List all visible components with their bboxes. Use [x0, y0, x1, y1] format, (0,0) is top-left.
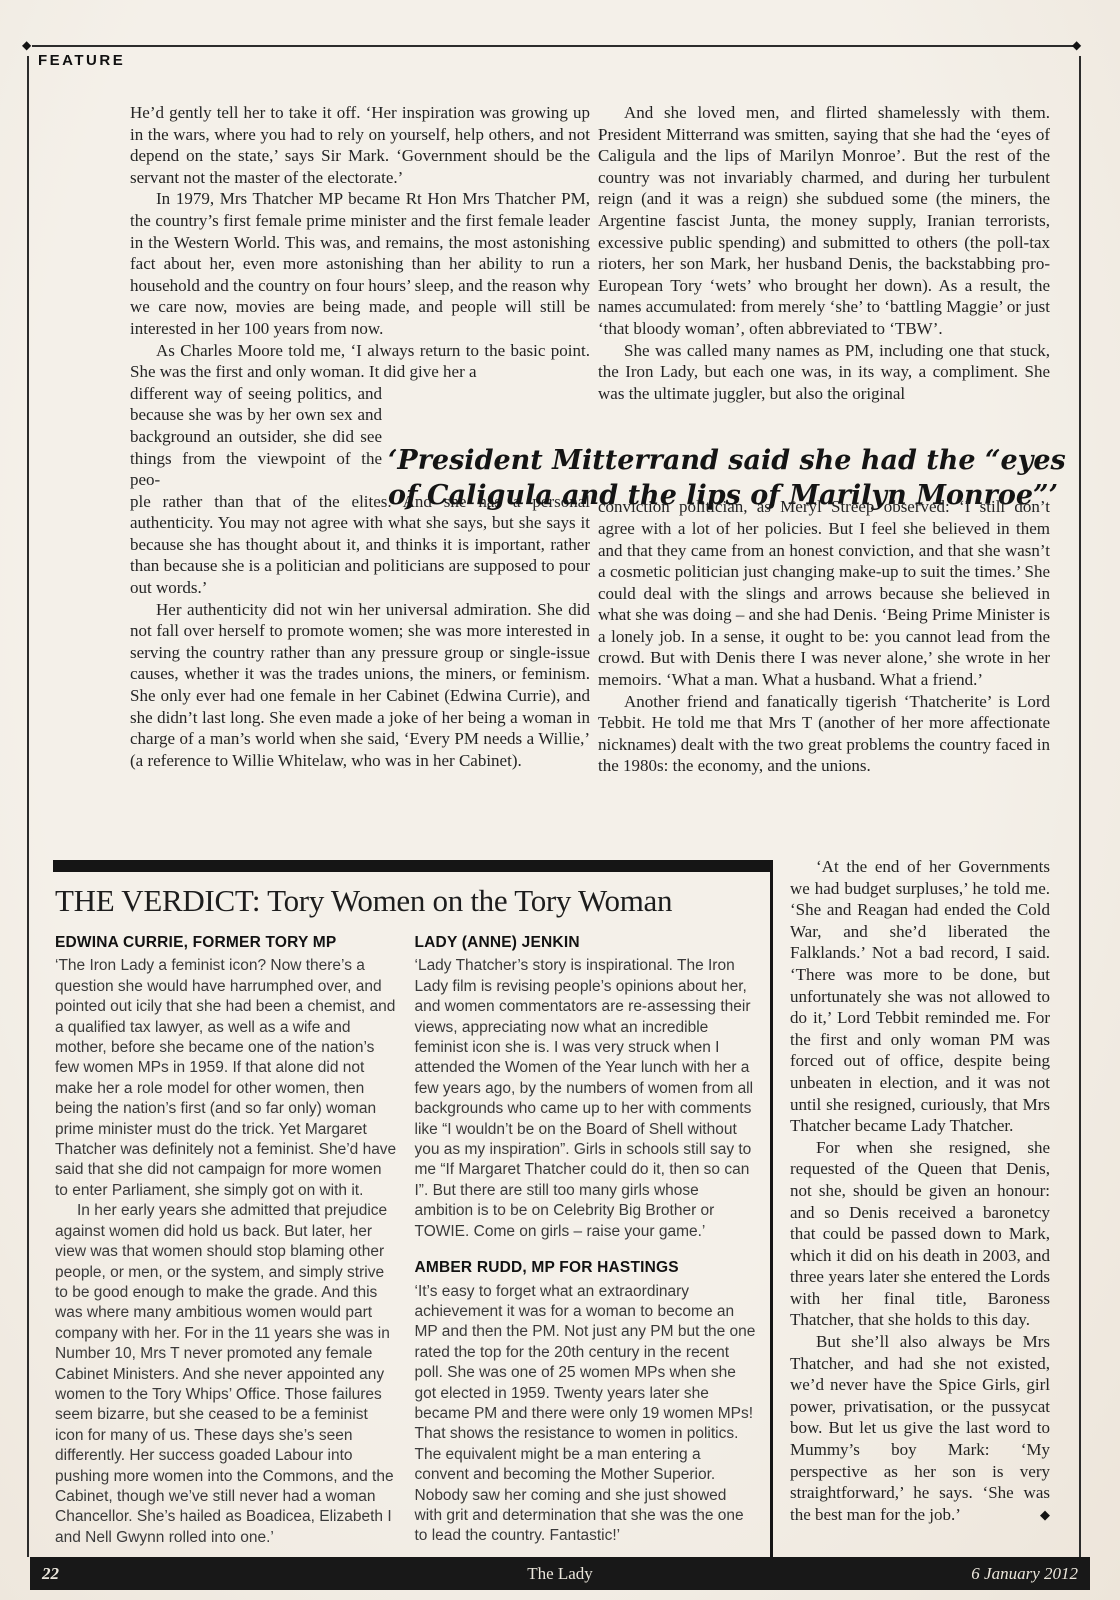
article-paragraph: And she loved men, and flirted shameless…	[598, 102, 1050, 340]
verdict-title: THE VERDICT: Tory Women on the Tory Woma…	[55, 883, 770, 919]
verdict-entry-paragraph: In her early years she admitted that pre…	[55, 1201, 399, 1548]
verdict-entry-paragraph: ‘It’s easy to forget what an extraordina…	[415, 1282, 759, 1547]
page-top-rule	[32, 45, 1076, 47]
page-right-rule	[1079, 56, 1081, 1557]
article-paragraph-text: But she’ll also always be Mrs Thatcher, …	[790, 1332, 1050, 1524]
page-left-rule	[27, 56, 29, 1557]
footer-date: 6 January 2012	[971, 1564, 1078, 1584]
article-paragraph: Her authenticity did not win her univers…	[130, 599, 590, 772]
verdict-entry-paragraph: ‘Lady Thatcher’s story is inspirational.…	[415, 956, 759, 1242]
article-right-column: And she loved men, and flirted shameless…	[598, 102, 1050, 862]
verdict-entry-name: AMBER RUDD, MP FOR HASTINGS	[415, 1258, 759, 1278]
verdict-column-right: LADY (ANNE) JENKIN ‘Lady Thatcher’s stor…	[415, 929, 759, 1548]
verdict-columns: EDWINA CURRIE, FORMER TORY MP ‘The Iron …	[45, 923, 770, 1548]
verdict-entry-paragraph: ‘The Iron Lady a feminist icon? Now ther…	[55, 956, 399, 1201]
article-paragraph: But she’ll also always be Mrs Thatcher, …	[790, 1331, 1050, 1525]
verdict-entry-name: LADY (ANNE) JENKIN	[415, 933, 759, 953]
article-paragraph-wrapped: different way of seeing politics, and be…	[130, 383, 382, 491]
article-paragraph: He’d gently tell her to take it off. ‘He…	[130, 102, 590, 188]
article-paragraph: ‘At the end of her Governments we had bu…	[790, 856, 1050, 1137]
article-narrow-column: ‘At the end of her Governments we had bu…	[790, 856, 1050, 1558]
article-paragraph: In 1979, Mrs Thatcher MP became Rt Hon M…	[130, 188, 590, 339]
corner-diamond-icon: ◆	[22, 39, 31, 51]
verdict-top-bar	[53, 860, 770, 872]
pull-quote-spacer	[598, 404, 1050, 496]
footer-page-number: 22	[42, 1564, 59, 1584]
section-label: FEATURE	[38, 52, 125, 69]
article-paragraph: Another friend and fanatically tigerish …	[598, 691, 1050, 777]
article-paragraph: conviction politician, as Meryl Streep o…	[598, 496, 1050, 690]
article-end-diamond-icon: ◆	[1014, 1504, 1050, 1526]
footer-bar: 22 The Lady 6 January 2012	[30, 1557, 1090, 1590]
article-paragraph: As Charles Moore told me, ‘I always retu…	[130, 340, 590, 383]
article-paragraph: She was called many names as PM, includi…	[598, 340, 1050, 405]
verdict-box: THE VERDICT: Tory Women on the Tory Woma…	[45, 860, 773, 1557]
verdict-column-left: EDWINA CURRIE, FORMER TORY MP ‘The Iron …	[55, 929, 399, 1548]
article-paragraph: For when she resigned, she requested of …	[790, 1137, 1050, 1331]
footer-publication: The Lady	[30, 1564, 1090, 1584]
corner-diamond-icon: ◆	[1072, 39, 1081, 51]
verdict-entry-name: EDWINA CURRIE, FORMER TORY MP	[55, 933, 399, 953]
